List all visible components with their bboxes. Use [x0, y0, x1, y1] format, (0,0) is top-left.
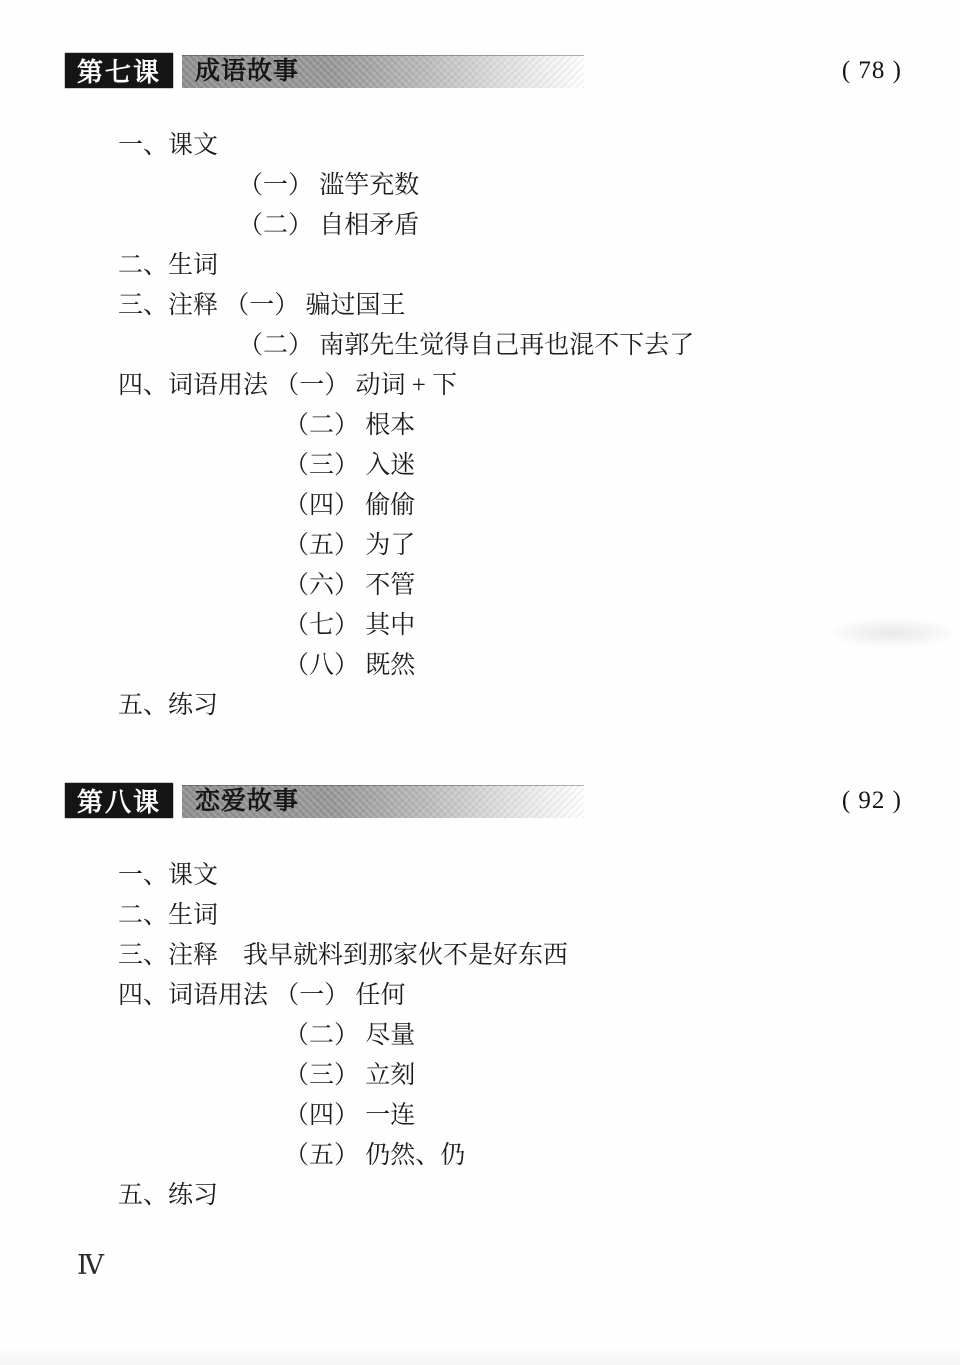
- lesson-8-header: 第八课 恋爱故事 ( 92 ): [65, 783, 902, 818]
- page-ref: ( 92 ): [842, 783, 902, 818]
- toc-row: 五、练习: [0, 1176, 960, 1216]
- lesson-title-bar: 成语故事: [182, 55, 584, 88]
- lesson-8-section: 第八课 恋爱故事 ( 92 ) 一、课文 二、生词 三、注释 我早就料到那家伙不…: [0, 783, 960, 1216]
- lesson-title: 成语故事: [195, 55, 299, 88]
- toc-row: 二、生词: [0, 246, 960, 286]
- toc-row: （七） 其中: [0, 606, 960, 646]
- toc-row: （三） 入迷: [0, 446, 960, 486]
- toc-row: （四） 偷偷: [0, 486, 960, 526]
- toc-row: （五） 仍然、仍: [0, 1136, 960, 1176]
- toc-row: 二、生词: [0, 896, 960, 936]
- lesson-badge: 第七课: [65, 53, 173, 88]
- toc-row: （六） 不管: [0, 566, 960, 606]
- toc-row: 五、练习: [0, 686, 960, 726]
- toc-row: （三） 立刻: [0, 1056, 960, 1096]
- toc-row: 三、注释 （一） 骗过国王: [0, 286, 960, 326]
- toc-row: （二） 尽量: [0, 1016, 960, 1056]
- lesson-badge-label: 第八课: [77, 782, 161, 819]
- toc-row: （二） 南郭先生觉得自己再也混不下去了: [0, 326, 960, 366]
- lesson-badge-label: 第七课: [77, 52, 161, 89]
- toc-row: 一、课文: [0, 126, 960, 166]
- lesson-badge: 第八课: [65, 783, 173, 818]
- lesson-7-section: 第七课 成语故事 ( 78 ) 一、课文 （一） 滥竽充数 （二） 自相矛盾 二…: [0, 53, 960, 726]
- toc-row: （八） 既然: [0, 646, 960, 686]
- toc-row: （五） 为了: [0, 526, 960, 566]
- lesson-title-bar: 恋爱故事: [182, 785, 584, 818]
- toc-row: （四） 一连: [0, 1096, 960, 1136]
- volume-page-numeral: Ⅳ: [77, 1250, 104, 1281]
- toc-row: 四、词语用法 （一） 任何: [0, 976, 960, 1016]
- lesson-7-toc-list: 一、课文 （一） 滥竽充数 （二） 自相矛盾 二、生词 三、注释 （一） 骗过国…: [0, 126, 960, 726]
- lesson-7-header: 第七课 成语故事 ( 78 ): [65, 53, 902, 88]
- lesson-8-toc-list: 一、课文 二、生词 三、注释 我早就料到那家伙不是好东西 四、词语用法 （一） …: [0, 856, 960, 1216]
- scan-artifact: [0, 1347, 960, 1365]
- scan-artifact: [825, 618, 960, 648]
- toc-row: 四、词语用法 （一） 动词 + 下: [0, 366, 960, 406]
- lesson-title: 恋爱故事: [195, 785, 299, 818]
- toc-row: （一） 滥竽充数: [0, 166, 960, 206]
- toc-row: 一、课文: [0, 856, 960, 896]
- page-ref: ( 78 ): [842, 53, 902, 88]
- toc-row: （二） 根本: [0, 406, 960, 446]
- toc-row: 三、注释 我早就料到那家伙不是好东西: [0, 936, 960, 976]
- toc-page: 第七课 成语故事 ( 78 ) 一、课文 （一） 滥竽充数 （二） 自相矛盾 二…: [0, 0, 960, 1365]
- toc-row: （二） 自相矛盾: [0, 206, 960, 246]
